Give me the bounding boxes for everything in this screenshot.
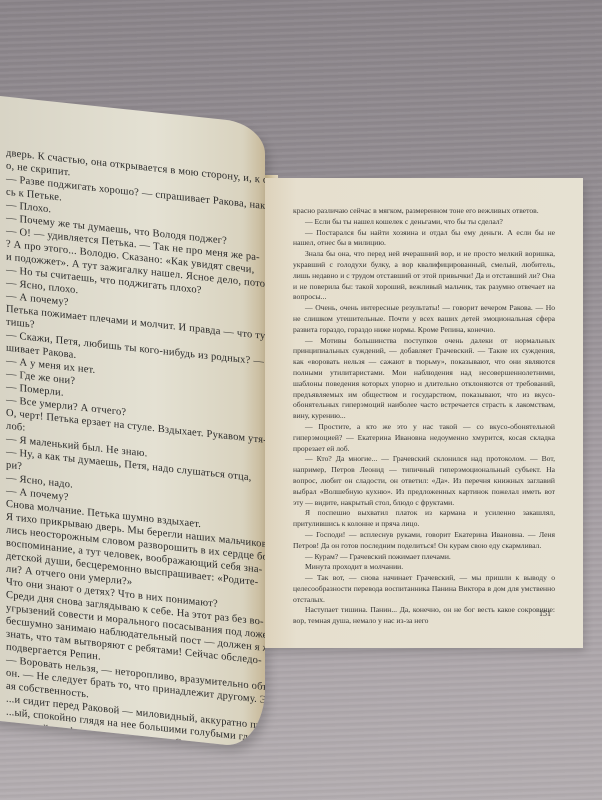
paragraph: Минута проходит в молчании. (293, 562, 555, 573)
paragraph: — Так вот, — снова начинает Грачевский, … (293, 573, 555, 605)
paragraph: — Мотивы большинства поступков очень дал… (293, 336, 555, 422)
paragraph: — Кто? Да многие... — Грачевский склонил… (293, 454, 555, 508)
paragraph: — Очень, очень интересные результаты! — … (293, 303, 555, 335)
paragraph: Знала бы она, что перед ней вчерашний во… (293, 249, 555, 303)
paragraph: — Постарался бы найти хозяина и отдал бы… (293, 228, 555, 250)
paragraph: — Если бы ты нашел кошелек с деньгами, ч… (293, 217, 555, 228)
paragraph: — Курам? — Грачевский пожимает плечами. (293, 552, 555, 563)
text-line: ...ю мне усмешку, умело скрытую издевку,… (6, 745, 256, 749)
paragraph: Наступает тишина. Панин... Да, конечно, … (293, 605, 555, 627)
left-page: дверь. К счастью, она открывается в мою … (0, 95, 265, 749)
paragraph: — Простите, а кто же это у нас такой — с… (293, 422, 555, 454)
page-number: 151 (539, 609, 551, 618)
right-page-text: красно различаю сейчас в мягком, размере… (293, 206, 555, 627)
right-page: красно различаю сейчас в мягком, размере… (265, 178, 583, 648)
paragraph: красно различаю сейчас в мягком, размере… (293, 206, 555, 217)
paragraph: — Господи! — всплеснув руками, говорит Е… (293, 530, 555, 552)
paragraph: Я поспешно выхватил платок из кармана и … (293, 508, 555, 530)
left-page-text: дверь. К счастью, она открывается в мою … (6, 147, 256, 749)
